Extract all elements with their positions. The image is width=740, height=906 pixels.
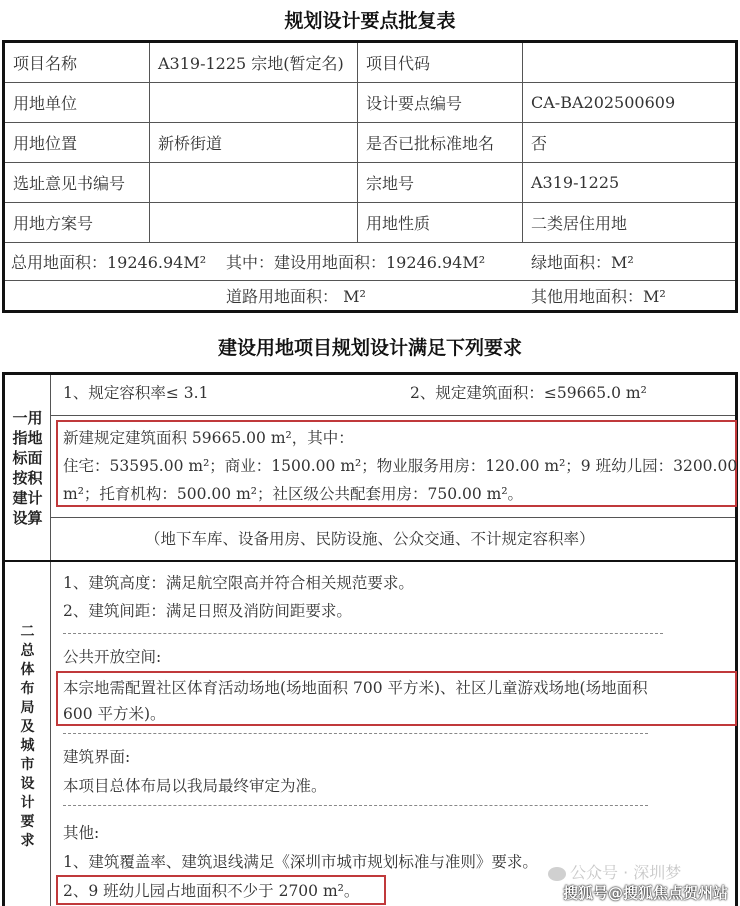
value-land-location: 新桥街道 bbox=[150, 123, 358, 162]
wechat-watermark-text: 公众号 · 深圳梦 bbox=[570, 863, 681, 882]
table-row: 用地单位 设计要点编号 CA-BA202500609 bbox=[5, 83, 735, 123]
section-title: 建设用地项目规划设计满足下列要求 bbox=[0, 333, 740, 360]
public-space-line: 600 平方米)。 bbox=[63, 702, 166, 724]
value-place-name: 否 bbox=[523, 123, 735, 162]
label-land-location: 用地位置 bbox=[5, 123, 150, 162]
approval-table: 项目名称 A319-1225 宗地(暂定名) 项目代码 用地单位 设计要点编号 … bbox=[2, 40, 738, 313]
divider bbox=[51, 517, 735, 518]
dashed-divider bbox=[63, 633, 663, 634]
section1-label: 一用 指地 标面 按积 建计 设算 bbox=[5, 375, 51, 560]
page-title: 规划设计要点批复表 bbox=[0, 6, 740, 33]
area-row: 总用地面积：19246.94M² 其中：建设用地面积：19246.94M² 绿地… bbox=[5, 243, 735, 281]
label-land-plan: 用地方案号 bbox=[5, 203, 150, 242]
table-row: 选址意见书编号 宗地号 A319-1225 bbox=[5, 163, 735, 203]
green-area: 绿地面积：M² bbox=[523, 243, 735, 280]
spacing-requirement: 2、建筑间距：满足日照及消防间距要求。 bbox=[63, 599, 352, 621]
label-parcel-no: 宗地号 bbox=[358, 163, 523, 202]
other-land-area: 其他用地面积：M² bbox=[523, 281, 735, 310]
height-requirement: 1、建筑高度：满足航空限高并符合相关规范要求。 bbox=[63, 571, 414, 593]
gfa-line: 新建规定建筑面积 59665.00 m²，其中： bbox=[63, 426, 354, 448]
value-land-use: 二类居住用地 bbox=[523, 203, 735, 242]
interface-heading: 建筑界面: bbox=[63, 745, 130, 767]
value-land-plan bbox=[150, 203, 358, 242]
section2-label: 二 总 体 布 局 及 城 市 设 计 要 求 bbox=[5, 562, 51, 906]
value-site-opinion bbox=[150, 163, 358, 202]
label-place-name: 是否已批标准地名 bbox=[358, 123, 523, 162]
divider bbox=[51, 415, 735, 416]
gfa-line: m²；托育机构：500.00 m²；社区级公共配套用房：750.00 m²。 bbox=[63, 482, 523, 504]
gfa-requirement: 2、规定建筑面积：≤59665.0 m² bbox=[410, 381, 647, 403]
public-space-heading: 公共开放空间: bbox=[63, 645, 161, 667]
sohu-watermark: 搜狐号@搜狐焦点贺州站 bbox=[563, 882, 728, 903]
wechat-watermark: 公众号 · 深圳梦 bbox=[548, 860, 681, 883]
requirements-table: 一用 指地 标面 按积 建计 设算 1、规定容积率≤ 3.1 2、规定建筑面积：… bbox=[2, 372, 738, 906]
area-row: 道路用地面积： M² 其他用地面积：M² bbox=[5, 281, 735, 310]
section-divider bbox=[5, 560, 735, 562]
gfa-line: 住宅：53595.00 m²；商业：1500.00 m²；物业服务用房：120.… bbox=[63, 454, 737, 476]
label-design-code: 设计要点编号 bbox=[358, 83, 523, 122]
label-land-unit: 用地单位 bbox=[5, 83, 150, 122]
value-project-name: A319-1225 宗地(暂定名) bbox=[150, 43, 358, 82]
other-item-2: 2、9 班幼儿园占地面积不少于 2700 m²。 bbox=[63, 879, 359, 901]
label-project-name: 项目名称 bbox=[5, 43, 150, 82]
other-item-1: 1、建筑覆盖率、建筑退线满足《深圳市城市规划标准与准则》要求。 bbox=[63, 850, 538, 872]
table-row: 项目名称 A319-1225 宗地(暂定名) 项目代码 bbox=[5, 43, 735, 83]
dashed-divider bbox=[63, 805, 648, 806]
public-space-line: 本宗地需配置社区体育活动场地(场地面积 700 平方米)、社区儿童游戏场地(场地… bbox=[63, 676, 648, 698]
far-requirement: 1、规定容积率≤ 3.1 bbox=[63, 381, 208, 403]
value-parcel-no: A319-1225 bbox=[523, 163, 735, 202]
road-land-area: 道路用地面积： M² bbox=[220, 281, 510, 310]
far-exclusion-note: （地下车库、设备用房、民防设施、公众交通、不计规定容积率） bbox=[145, 527, 595, 549]
other-heading: 其他: bbox=[63, 821, 99, 843]
wechat-icon bbox=[548, 867, 566, 881]
table-row: 用地方案号 用地性质 二类居住用地 bbox=[5, 203, 735, 243]
interface-text: 本项目总体布局以我局最终审定为准。 bbox=[63, 774, 327, 796]
value-design-code: CA-BA202500609 bbox=[523, 83, 735, 122]
construction-land-area: 其中：建设用地面积：19246.94M² bbox=[220, 243, 510, 280]
dashed-divider bbox=[63, 733, 648, 734]
total-land-area: 总用地面积：19246.94M² bbox=[5, 243, 225, 280]
label-project-code: 项目代码 bbox=[358, 43, 523, 82]
value-land-unit bbox=[150, 83, 358, 122]
label-land-use: 用地性质 bbox=[358, 203, 523, 242]
table-row: 用地位置 新桥街道 是否已批标准地名 否 bbox=[5, 123, 735, 163]
label-site-opinion: 选址意见书编号 bbox=[5, 163, 150, 202]
value-project-code bbox=[523, 43, 735, 82]
